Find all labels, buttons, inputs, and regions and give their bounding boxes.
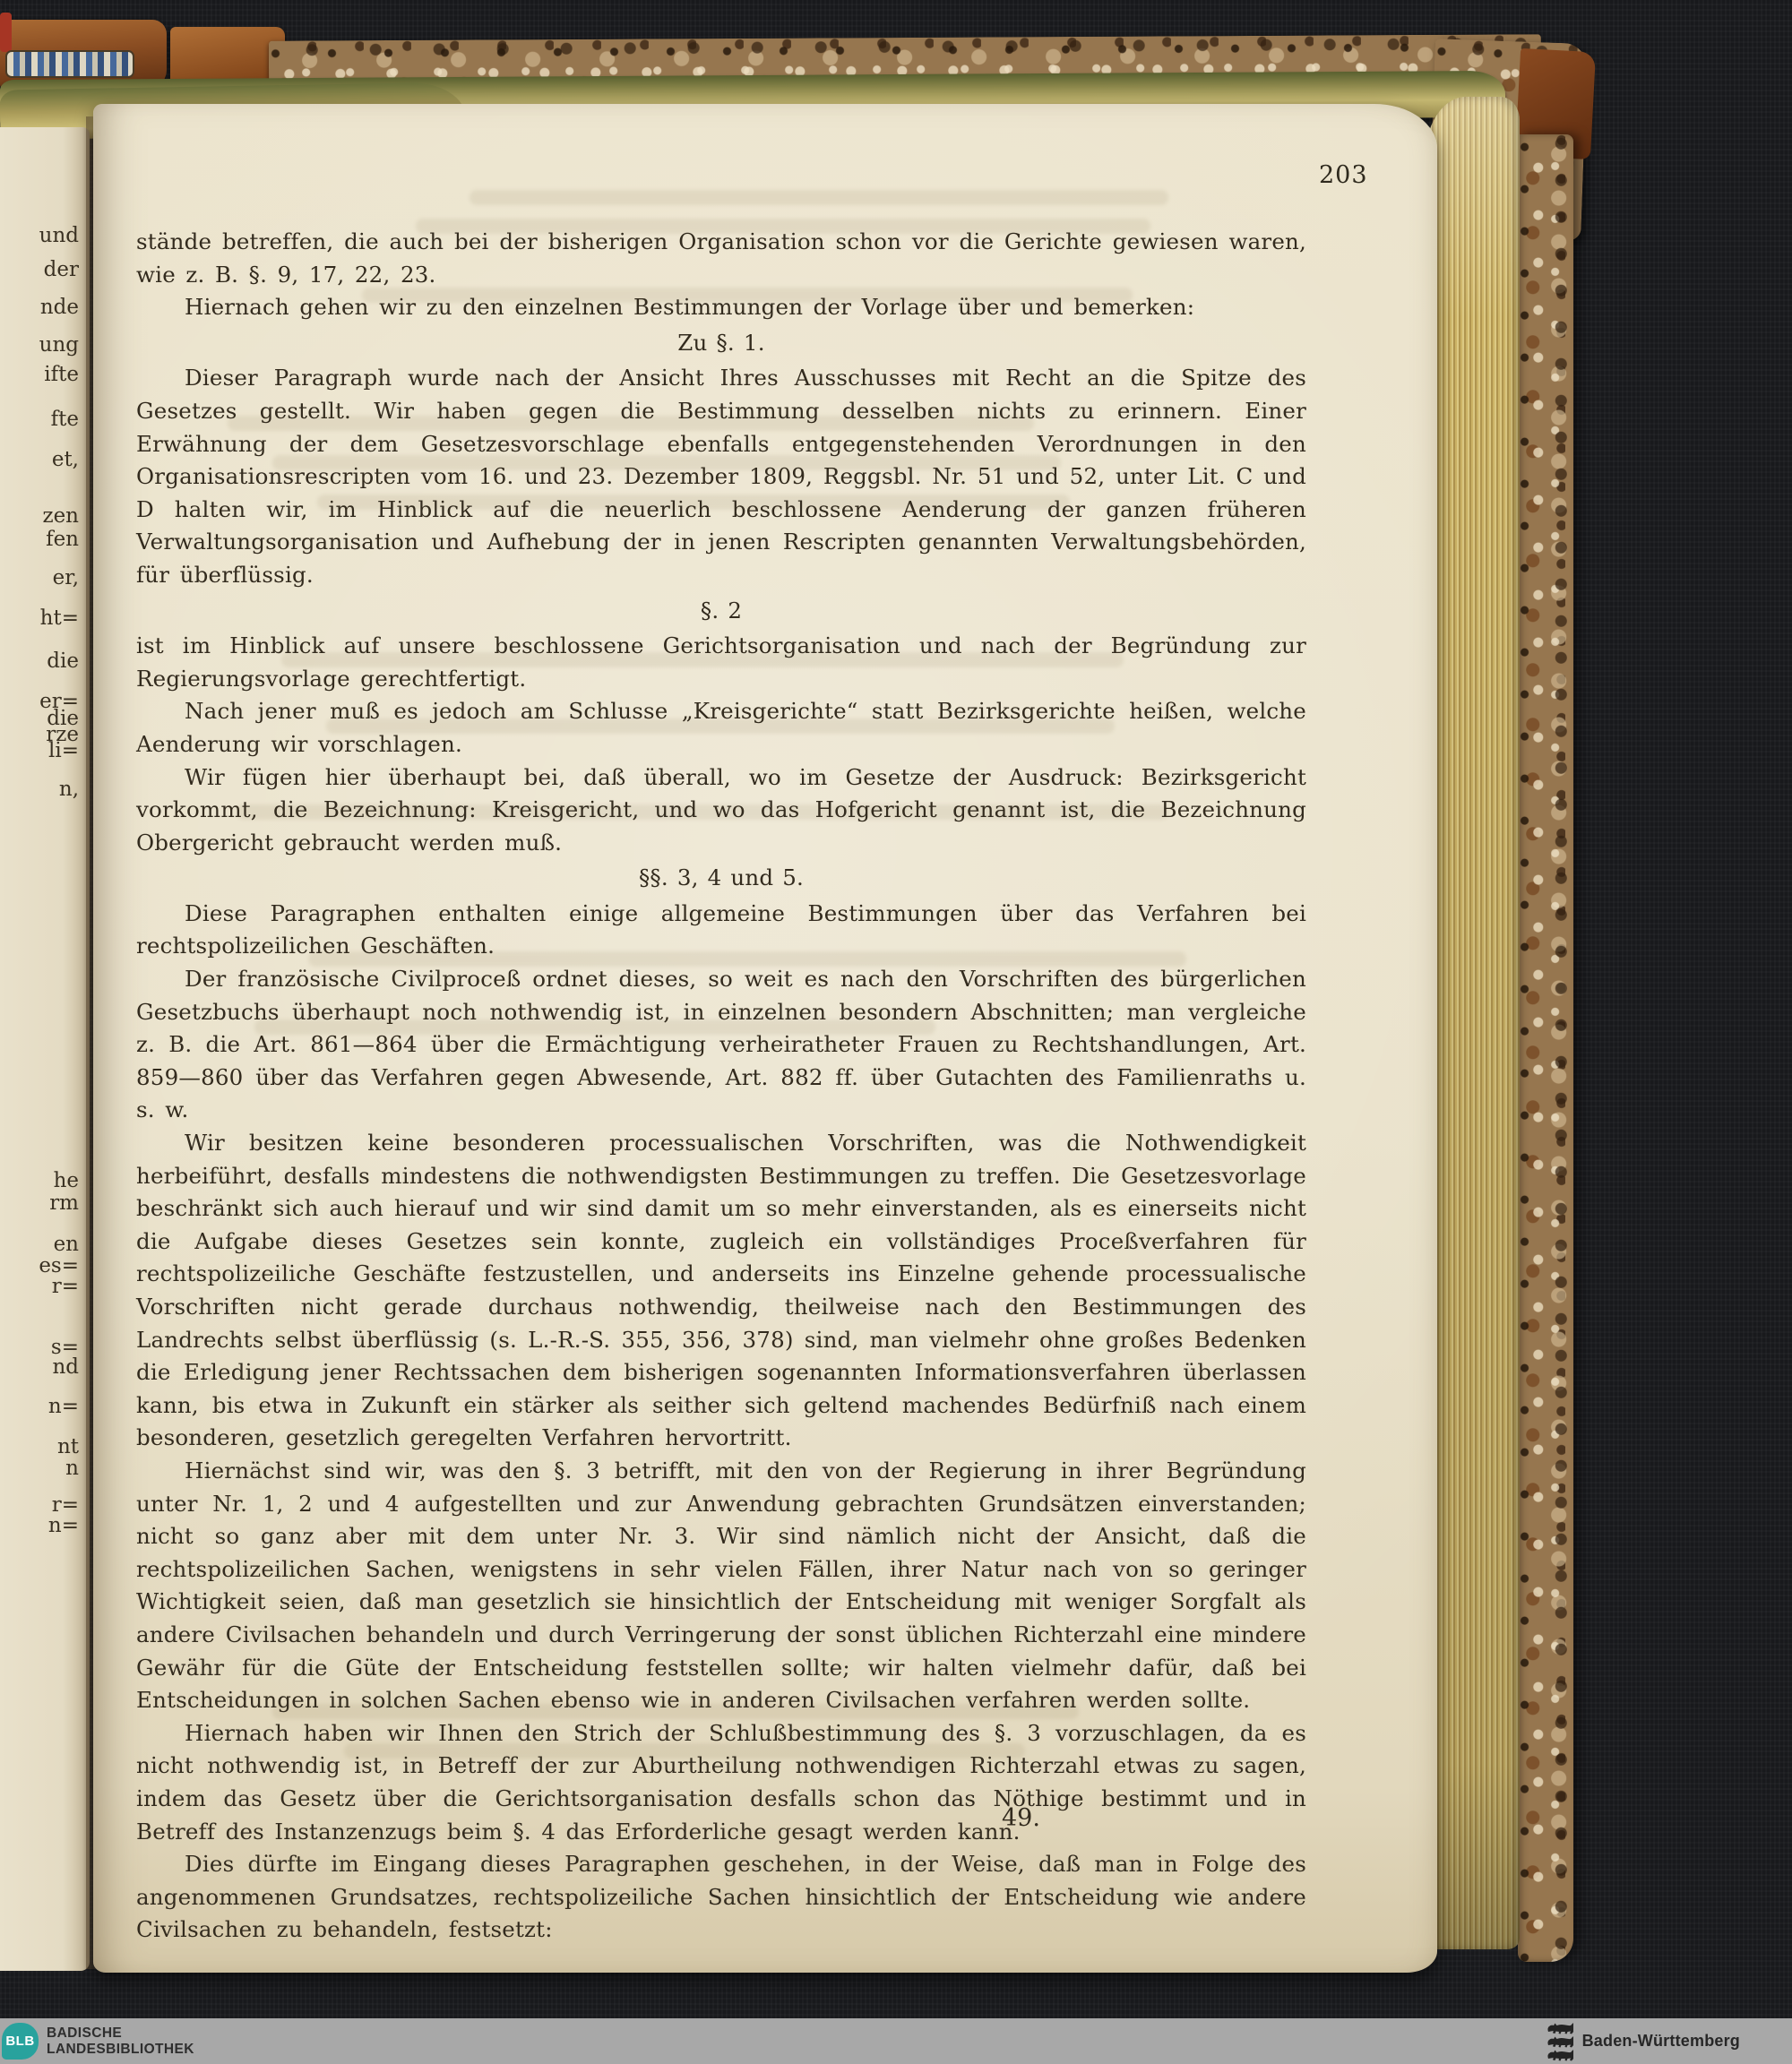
body-paragraph: Hiernach gehen wir zu den einzelnen Best… xyxy=(136,291,1306,324)
three-lions-icon xyxy=(1546,2022,1573,2061)
cutoff-word-fragment: n xyxy=(0,1457,79,1480)
page-text: stände betreffen, die auch bei der bishe… xyxy=(136,226,1306,1947)
headband xyxy=(5,50,134,78)
page-number: 203 xyxy=(1319,161,1426,189)
page-fore-edge xyxy=(1425,97,1520,1949)
body-paragraph: Nach jener muß es jedoch am Schlusse „Kr… xyxy=(136,695,1306,761)
section-heading: §§. 3, 4 und 5. xyxy=(136,862,1306,895)
body-paragraph: Dieser Paragraph wurde nach der Ansicht … xyxy=(136,362,1306,591)
body-paragraph: stände betreffen, die auch bei der bishe… xyxy=(136,226,1306,291)
body-paragraph: Dies dürfte im Eingang dieses Paragraphe… xyxy=(136,1848,1306,1947)
cutoff-word-fragment: fte xyxy=(0,408,79,431)
cutoff-word-fragment: n= xyxy=(0,1514,79,1537)
library-logo-link[interactable]: BLB BADISCHE LANDESBIBLIOTHEK xyxy=(2,2023,194,2060)
cutoff-word-fragment: li= xyxy=(0,739,79,762)
section-heading: §. 2 xyxy=(136,595,1306,628)
body-paragraph: Hiernach haben wir Ihnen den Strich der … xyxy=(136,1717,1306,1848)
cutoff-word-fragment: nd xyxy=(0,1355,79,1379)
cutoff-word-fragment: und xyxy=(0,224,79,247)
body-paragraph: Der französische Civilproceß ordnet dies… xyxy=(136,963,1306,1127)
cutoff-word-fragment: nt xyxy=(0,1435,79,1458)
section-heading: Zu §. 1. xyxy=(136,327,1306,360)
marbled-board-right xyxy=(1518,134,1573,1962)
cutoff-word-fragment: en xyxy=(0,1233,79,1256)
cutoff-word-fragment: der xyxy=(0,258,79,281)
cutoff-word-fragment: die xyxy=(0,649,79,673)
cutoff-word-fragment: ifte xyxy=(0,363,79,386)
cutoff-word-fragment: rm xyxy=(0,1191,79,1215)
red-bookmark-ribbon xyxy=(0,13,12,52)
cutoff-word-fragment: et, xyxy=(0,448,79,471)
library-name-line1: BADISCHE xyxy=(47,2025,194,2042)
body-paragraph: Hiernächst sind wir, was den §. 3 betrif… xyxy=(136,1455,1306,1717)
cutoff-word-fragment: ht= xyxy=(0,606,79,630)
cutoff-word-fragment: r= xyxy=(0,1275,79,1298)
cutoff-word-fragment: n= xyxy=(0,1395,79,1418)
blb-logo-icon[interactable]: BLB xyxy=(2,2023,39,2060)
body-paragraph: ist im Hinblick auf unsere beschlossene … xyxy=(136,630,1306,695)
cutoff-word-fragment: n, xyxy=(0,778,79,801)
state-logo-link[interactable]: Baden-Württemberg xyxy=(1546,2022,1740,2061)
cutoff-word-fragment: er, xyxy=(0,566,79,589)
book-page: 203 stände betreffen, die auch bei der b… xyxy=(93,104,1437,1973)
body-paragraph: Wir besitzen keine besonderen processual… xyxy=(136,1127,1306,1455)
cutoff-word-fragment: fen xyxy=(0,528,79,551)
cutoff-word-fragment: nde xyxy=(0,296,79,319)
library-name: BADISCHE LANDESBIBLIOTHEK xyxy=(47,2025,194,2058)
cutoff-word-fragment: he xyxy=(0,1169,79,1192)
library-name-line2: LANDESBIBLIOTHEK xyxy=(47,2042,194,2058)
left-page-edge: undderndeungiftefteet,zenfener,ht=dieer=… xyxy=(0,127,90,1971)
body-paragraph: Diese Paragraphen enthalten einige allge… xyxy=(136,898,1306,963)
body-paragraph: Wir fügen hier überhaupt bei, daß überal… xyxy=(136,761,1306,860)
signature-mark: 49. xyxy=(1002,1804,1040,1832)
cutoff-word-fragment: ung xyxy=(0,333,79,357)
viewer-footer: BLB BADISCHE LANDESBIBLIOTHEK Baden-Würt… xyxy=(0,2018,1792,2064)
cutoff-word-fragment: zen xyxy=(0,504,79,528)
showthrough xyxy=(470,190,1168,205)
state-name: Baden-Württemberg xyxy=(1582,2032,1740,2051)
spine-leather-segment xyxy=(170,27,285,84)
